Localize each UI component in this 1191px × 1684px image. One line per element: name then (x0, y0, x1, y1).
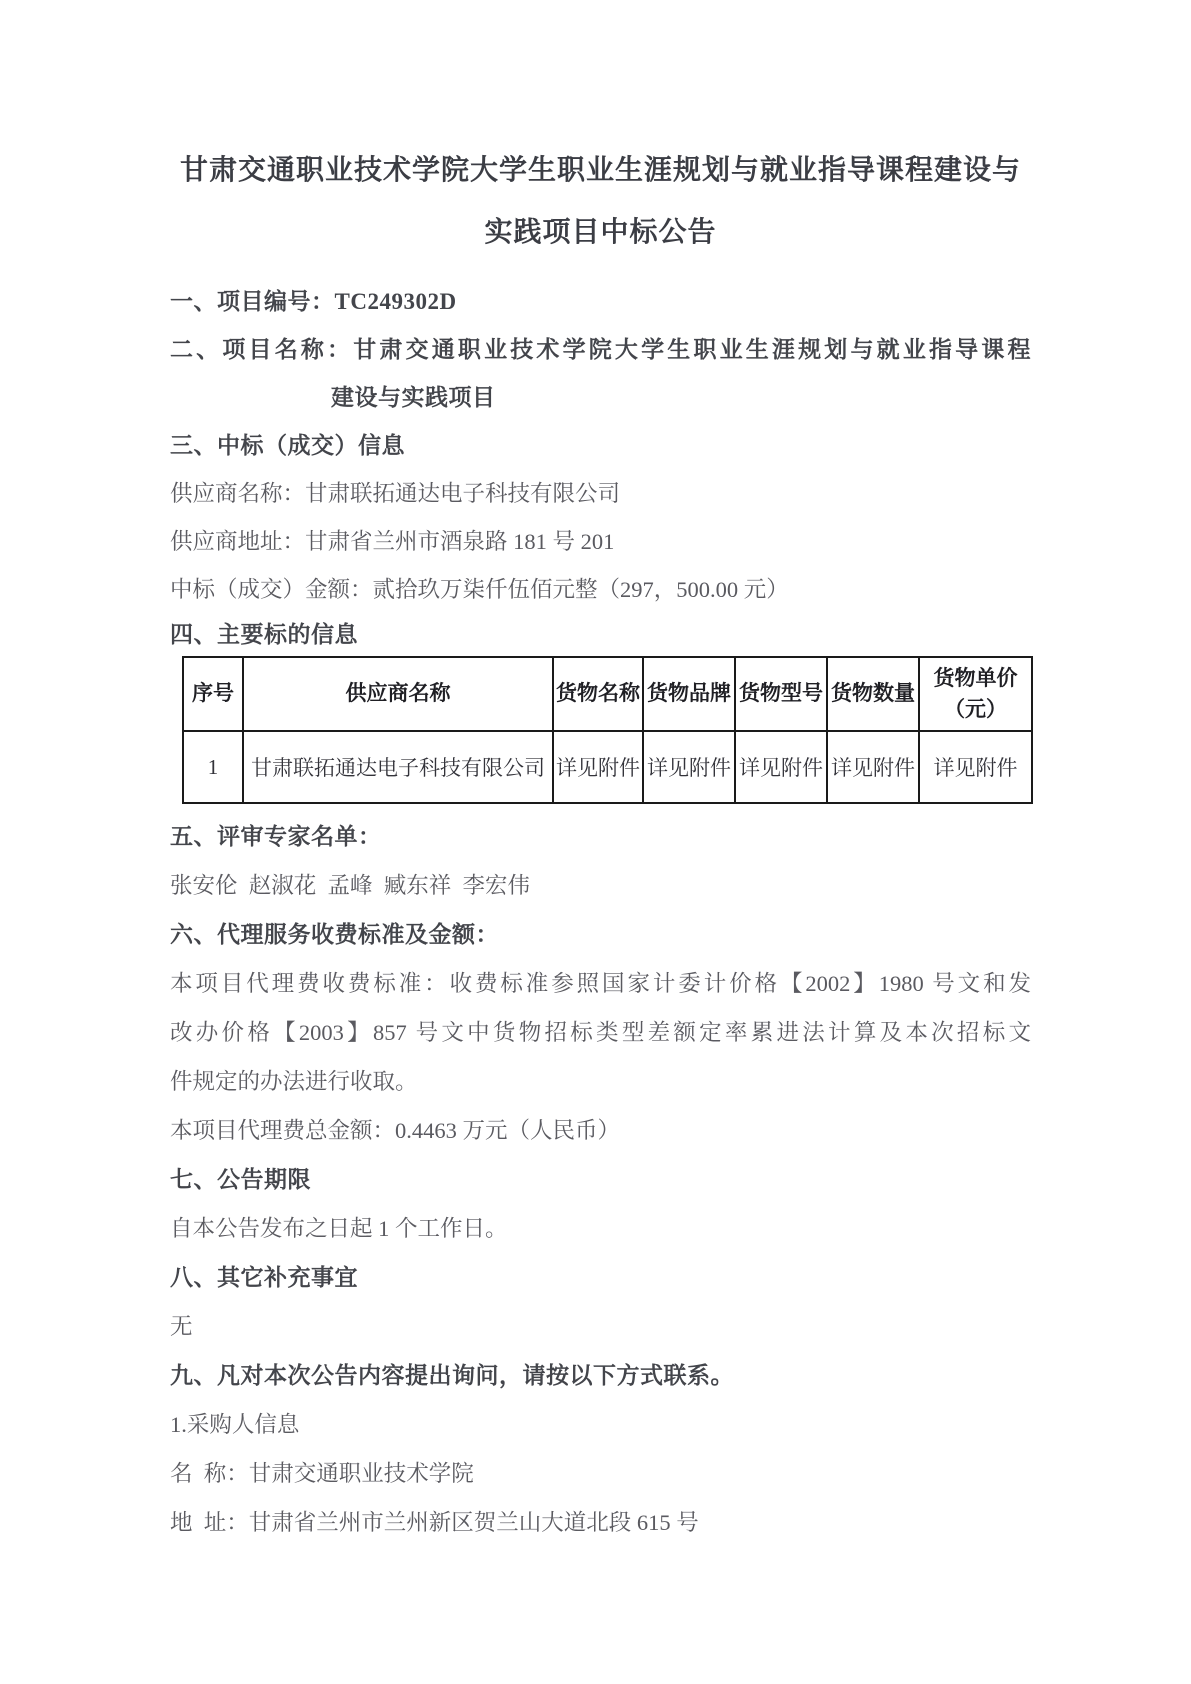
col-header-supplier-name: 供应商名称 (243, 657, 553, 731)
cell-goods-brand: 详见附件 (643, 731, 735, 803)
section-project-name-continuation: 建设与实践项目 (170, 374, 1031, 422)
section-award-info-heading: 三、中标（成交）信息 (170, 422, 1031, 470)
sections-lower: 五、评审专家名单： 张安伦 赵淑花 孟峰 臧东祥 李宏伟 六、代理服务收费标准及… (170, 812, 1031, 1547)
table-row: 1 甘肃联拓通达电子科技有限公司 详见附件 详见附件 详见附件 详见附件 详见附… (183, 731, 1032, 803)
col-header-goods-brand: 货物品牌 (643, 657, 735, 731)
col-header-goods-model: 货物型号 (735, 657, 827, 731)
sections-upper: 一、项目编号：TC249302D 二、项目名称：甘肃交通职业技术学院大学生职业生… (170, 278, 1031, 656)
agency-fee-standard-line3: 件规定的办法进行收取。 (170, 1057, 1031, 1106)
table-header-row: 序号 供应商名称 货物名称 货物品牌 货物型号 货物数量 货物单价 （元） (183, 657, 1032, 731)
cell-index: 1 (183, 731, 243, 803)
col-header-goods-unit-price: 货物单价 （元） (919, 657, 1032, 731)
document-title-line2: 实践项目中标公告 (170, 202, 1031, 264)
section-experts-heading: 五、评审专家名单： (170, 812, 1031, 861)
cell-goods-quantity: 详见附件 (827, 731, 919, 803)
purchaser-info-label: 1.采购人信息 (170, 1400, 1031, 1449)
cell-goods-name: 详见附件 (553, 731, 643, 803)
cell-goods-unit-price: 详见附件 (919, 731, 1032, 803)
agency-fee-total-line: 本项目代理费总金额：0.4463 万元（人民币） (170, 1106, 1031, 1155)
experts-names-line: 张安伦 赵淑花 孟峰 臧东祥 李宏伟 (170, 861, 1031, 910)
purchaser-name-line: 名 称：甘肃交通职业技术学院 (170, 1449, 1031, 1498)
section-contact-heading: 九、凡对本次公告内容提出询问，请按以下方式联系。 (170, 1351, 1031, 1400)
section-project-number: 一、项目编号：TC249302D (170, 278, 1031, 326)
agency-fee-standard-line2: 改办价格【2003】857 号文中货物招标类型差额定率累进法计算及本次招标文 (170, 1008, 1031, 1057)
cell-goods-model: 详见附件 (735, 731, 827, 803)
section-agency-fee-heading: 六、代理服务收费标准及金额： (170, 910, 1031, 959)
col-header-goods-name: 货物名称 (553, 657, 643, 731)
announcement-document-page: 甘肃交通职业技术学院大学生职业生涯规划与就业指导课程建设与 实践项目中标公告 一… (0, 0, 1191, 1684)
col-header-goods-quantity: 货物数量 (827, 657, 919, 731)
supplier-name-line: 供应商名称：甘肃联拓通达电子科技有限公司 (170, 470, 1031, 518)
subject-info-table: 序号 供应商名称 货物名称 货物品牌 货物型号 货物数量 货物单价 （元） 1 … (182, 656, 1033, 804)
supplier-address-line: 供应商地址：甘肃省兰州市酒泉路 181 号 201 (170, 518, 1031, 566)
agency-fee-standard-line1: 本项目代理费收费标准：收费标准参照国家计委计价格【2002】1980 号文和发 (170, 959, 1031, 1008)
announcement-period-body: 自本公告发布之日起 1 个工作日。 (170, 1204, 1031, 1253)
award-amount-line: 中标（成交）金额：贰拾玖万柒仟伍佰元整（297，500.00 元） (170, 566, 1031, 614)
section-announcement-period-heading: 七、公告期限 (170, 1155, 1031, 1204)
cell-supplier-name: 甘肃联拓通达电子科技有限公司 (243, 731, 553, 803)
section-supplementary-heading: 八、其它补充事宜 (170, 1253, 1031, 1302)
col-header-index: 序号 (183, 657, 243, 731)
supplementary-body: 无 (170, 1302, 1031, 1351)
purchaser-address-line: 地 址：甘肃省兰州市兰州新区贺兰山大道北段 615 号 (170, 1498, 1031, 1547)
section-subject-info-heading: 四、主要标的信息 (170, 614, 1031, 656)
section-project-name: 二、项目名称：甘肃交通职业技术学院大学生职业生涯规划与就业指导课程 (170, 326, 1031, 374)
document-title-line1: 甘肃交通职业技术学院大学生职业生涯规划与就业指导课程建设与 (170, 140, 1031, 202)
